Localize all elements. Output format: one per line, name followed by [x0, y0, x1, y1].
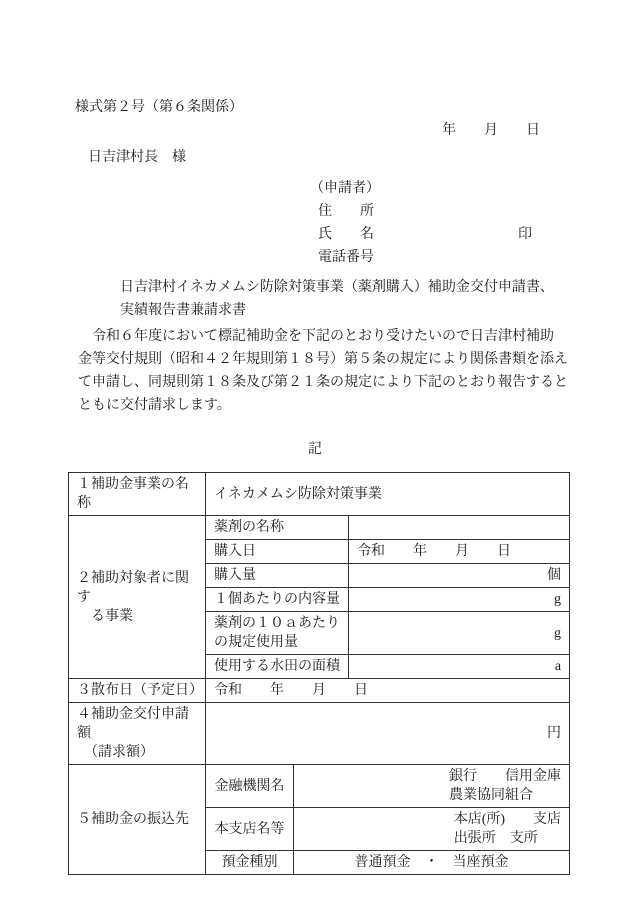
row1-label-cell: １補助金事業の名称 [69, 473, 206, 516]
seal-mark: 印 [518, 223, 532, 246]
row4-label-cell: ４補助金交付申請額 （請求額） [69, 703, 206, 765]
chemical-name-label-cell: 薬剤の名称 [206, 516, 349, 540]
table-row: ３散布日（予定日） 令和 年 月 日 [69, 679, 570, 703]
row5-label-cell: ５補助金の振込先 [69, 765, 206, 875]
date-line: 年 月 日 [442, 119, 540, 139]
application-table: １補助金事業の名称 イネカメムシ防除対策事業 ２補助対象者に関す る事業 薬剤の… [68, 472, 570, 875]
document-page: 様式第２号（第６条関係） 年 月 日 日吉津村長 様 （申請者） 住 所 氏 名… [0, 0, 630, 903]
usage-per-10a-label-cell: 薬剤の１０ａあたり の規定使用量 [206, 612, 349, 655]
body-paragraph: 令和６年度において標記補助金を下記のとおり受けたいので日吉津村補助 金等交付規則… [78, 325, 573, 417]
name-seal-row: 氏 名 印 [318, 223, 532, 246]
bank-name-label-cell: 金融機関名 [206, 765, 294, 808]
form-number: 様式第２号（第６条関係） [75, 96, 243, 116]
purchase-qty-unit-cell: 個 [349, 564, 570, 588]
paddy-area-unit-cell: a [349, 655, 570, 679]
branch-options-line2: 出張所 支所 [454, 829, 561, 848]
row2-label-line1: ２補助対象者に関す [77, 569, 197, 607]
table-row: ４補助金交付申請額 （請求額） 円 [69, 703, 570, 765]
body-line-2: 金等交付規則（昭和４２年規則第１８号）第５条の規定により関係書類を添え [78, 348, 573, 371]
table-row: ５補助金の振込先 金融機関名 銀行 信用金庫 農業協同組合 [69, 765, 570, 808]
recipient-line: 日吉津村長 様 [88, 146, 186, 166]
row4-amount-cell: 円 [206, 703, 570, 765]
document-title-line1: 日吉津村イネカメムシ防除対策事業（薬剤購入）補助金交付申請書、 [120, 276, 554, 299]
row4-label-line2: （請求額） [77, 743, 197, 762]
paddy-area-label-cell: 使用する水田の面積 [206, 655, 349, 679]
body-line-1: 令和６年度において標記補助金を下記のとおり受けたいので日吉津村補助 [78, 325, 573, 348]
bank-options-line1: 銀行 信用金庫 [449, 767, 561, 786]
body-line-3: て申請し、同規則第１８条及び第２１条の規定により下記のとおり報告すると [78, 371, 573, 394]
branch-name-label-cell: 本支店名等 [206, 808, 294, 851]
phone-label: 電話番号 [318, 246, 540, 269]
applicant-heading: （申請者） [310, 177, 540, 200]
name-label: 氏 名 [318, 223, 374, 246]
usage-per-10a-unit-cell: g [349, 612, 570, 655]
document-title: 日吉津村イネカメムシ防除対策事業（薬剤購入）補助金交付申請書、 実績報告書兼請求… [120, 276, 554, 322]
row1-value-cell: イネカメムシ防除対策事業 [206, 473, 570, 516]
row3-value-cell: 令和 年 月 日 [206, 679, 570, 703]
branch-options: 本店(所) 支店 出張所 支所 [454, 810, 561, 848]
content-per-unit-unit-cell: g [349, 588, 570, 612]
applicant-block: （申請者） 住 所 氏 名 印 電話番号 [310, 177, 540, 269]
branch-options-line1: 本店(所) 支店 [454, 810, 561, 829]
chemical-name-value-cell [349, 516, 570, 540]
row3-label-cell: ３散布日（予定日） [69, 679, 206, 703]
document-title-line2: 実績報告書兼請求書 [120, 299, 554, 322]
usage-per-10a-label-line1: 薬剤の１０ａあたり [214, 614, 340, 633]
content-per-unit-label-cell: １個あたりの内容量 [206, 588, 349, 612]
table-row: １補助金事業の名称 イネカメムシ防除対策事業 [69, 473, 570, 516]
purchase-date-value-cell: 令和 年 月 日 [349, 540, 570, 564]
row2-label-cell: ２補助対象者に関す る事業 [69, 516, 206, 679]
account-type-label-cell: 預金種別 [206, 851, 294, 875]
usage-per-10a-label-line2: の規定使用量 [214, 633, 340, 652]
purchase-date-label-cell: 購入日 [206, 540, 349, 564]
bank-name-value-cell: 銀行 信用金庫 農業協同組合 [294, 765, 570, 808]
table-row: ２補助対象者に関す る事業 薬剤の名称 [69, 516, 570, 540]
purchase-qty-label-cell: 購入量 [206, 564, 349, 588]
bank-options-line2: 農業協同組合 [449, 786, 561, 805]
row4-label-line1: ４補助金交付申請額 [77, 705, 197, 743]
account-type-value-cell: 普通預金 ・ 当座預金 [294, 851, 570, 875]
body-line-4: ともに交付請求します。 [78, 394, 573, 417]
address-label: 住 所 [318, 200, 540, 223]
row2-label-line2: る事業 [77, 607, 197, 626]
bank-name-options: 銀行 信用金庫 農業協同組合 [449, 767, 561, 805]
record-marker: 記 [0, 438, 630, 458]
branch-name-value-cell: 本店(所) 支店 出張所 支所 [294, 808, 570, 851]
